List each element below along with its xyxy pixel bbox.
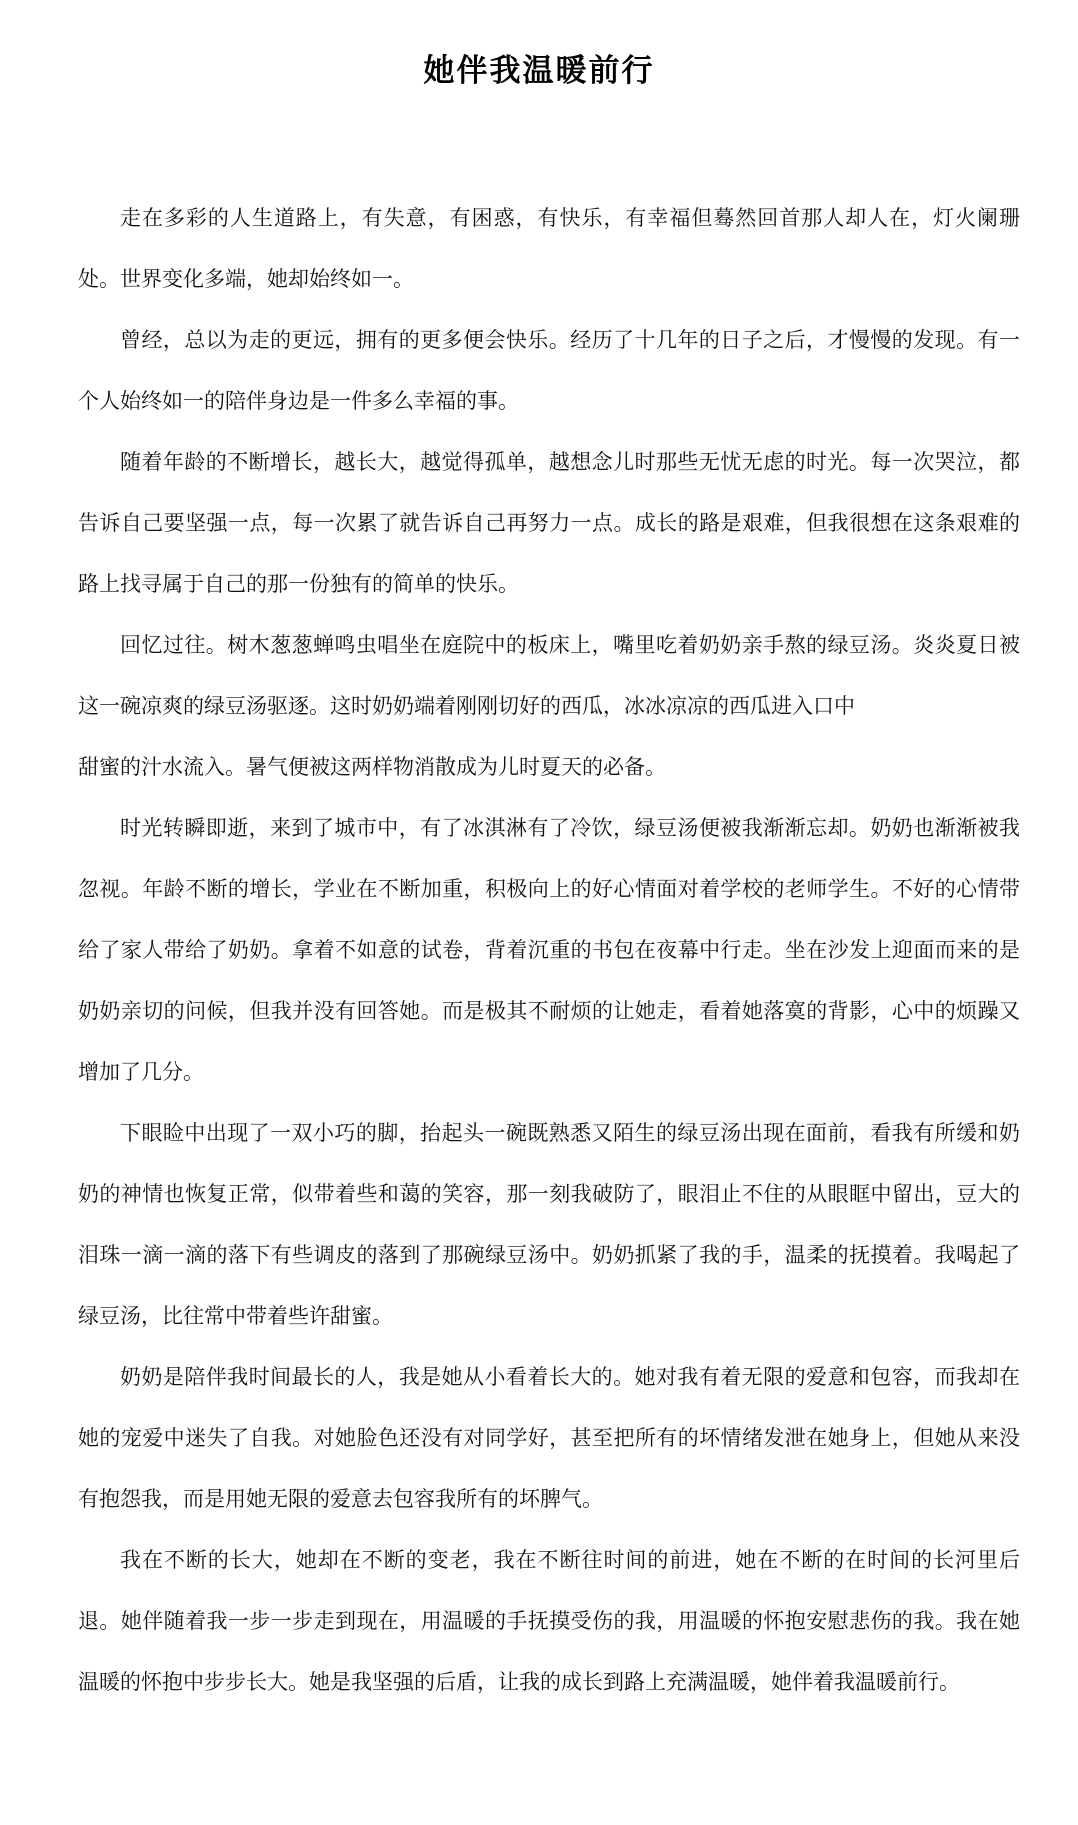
paragraph-1: 走在多彩的人生道路上，有失意，有困惑，有快乐，有幸福但蓦然回首那人却人在，灯火阑… (78, 188, 1020, 310)
document-page: 她伴我温暖前行 走在多彩的人生道路上，有失意，有困惑，有快乐，有幸福但蓦然回首那… (0, 0, 1078, 1825)
document-title: 她伴我温暖前行 (0, 0, 1078, 92)
paragraph-8: 我在不断的长大，她却在不断的变老，我在不断往时间的前进，她在不断的在时间的长河里… (78, 1530, 1020, 1713)
paragraph-4-line-2: 甜蜜的汁水流入。暑气便被这两样物消散成为儿时夏天的必备。 (78, 737, 1020, 798)
paragraph-7: 奶奶是陪伴我时间最长的人，我是她从小看着长大的。她对我有着无限的爱意和包容，而我… (78, 1347, 1020, 1530)
paragraph-4-line-1: 回忆过往。树木葱葱蝉鸣虫唱坐在庭院中的板床上，嘴里吃着奶奶亲手熬的绿豆汤。炎炎夏… (78, 615, 1020, 737)
paragraph-2: 曾经，总以为走的更远，拥有的更多便会快乐。经历了十几年的日子之后，才慢慢的发现。… (78, 310, 1020, 432)
paragraph-6: 下眼睑中出现了一双小巧的脚，抬起头一碗既熟悉又陌生的绿豆汤出现在面前，看我有所缓… (78, 1103, 1020, 1347)
document-body: 走在多彩的人生道路上，有失意，有困惑，有快乐，有幸福但蓦然回首那人却人在，灯火阑… (0, 188, 1078, 1713)
paragraph-5: 时光转瞬即逝，来到了城市中，有了冰淇淋有了冷饮，绿豆汤便被我渐渐忘却。奶奶也渐渐… (78, 798, 1020, 1103)
paragraph-3: 随着年龄的不断增长，越长大，越觉得孤单，越想念儿时那些无忧无虑的时光。每一次哭泣… (78, 432, 1020, 615)
